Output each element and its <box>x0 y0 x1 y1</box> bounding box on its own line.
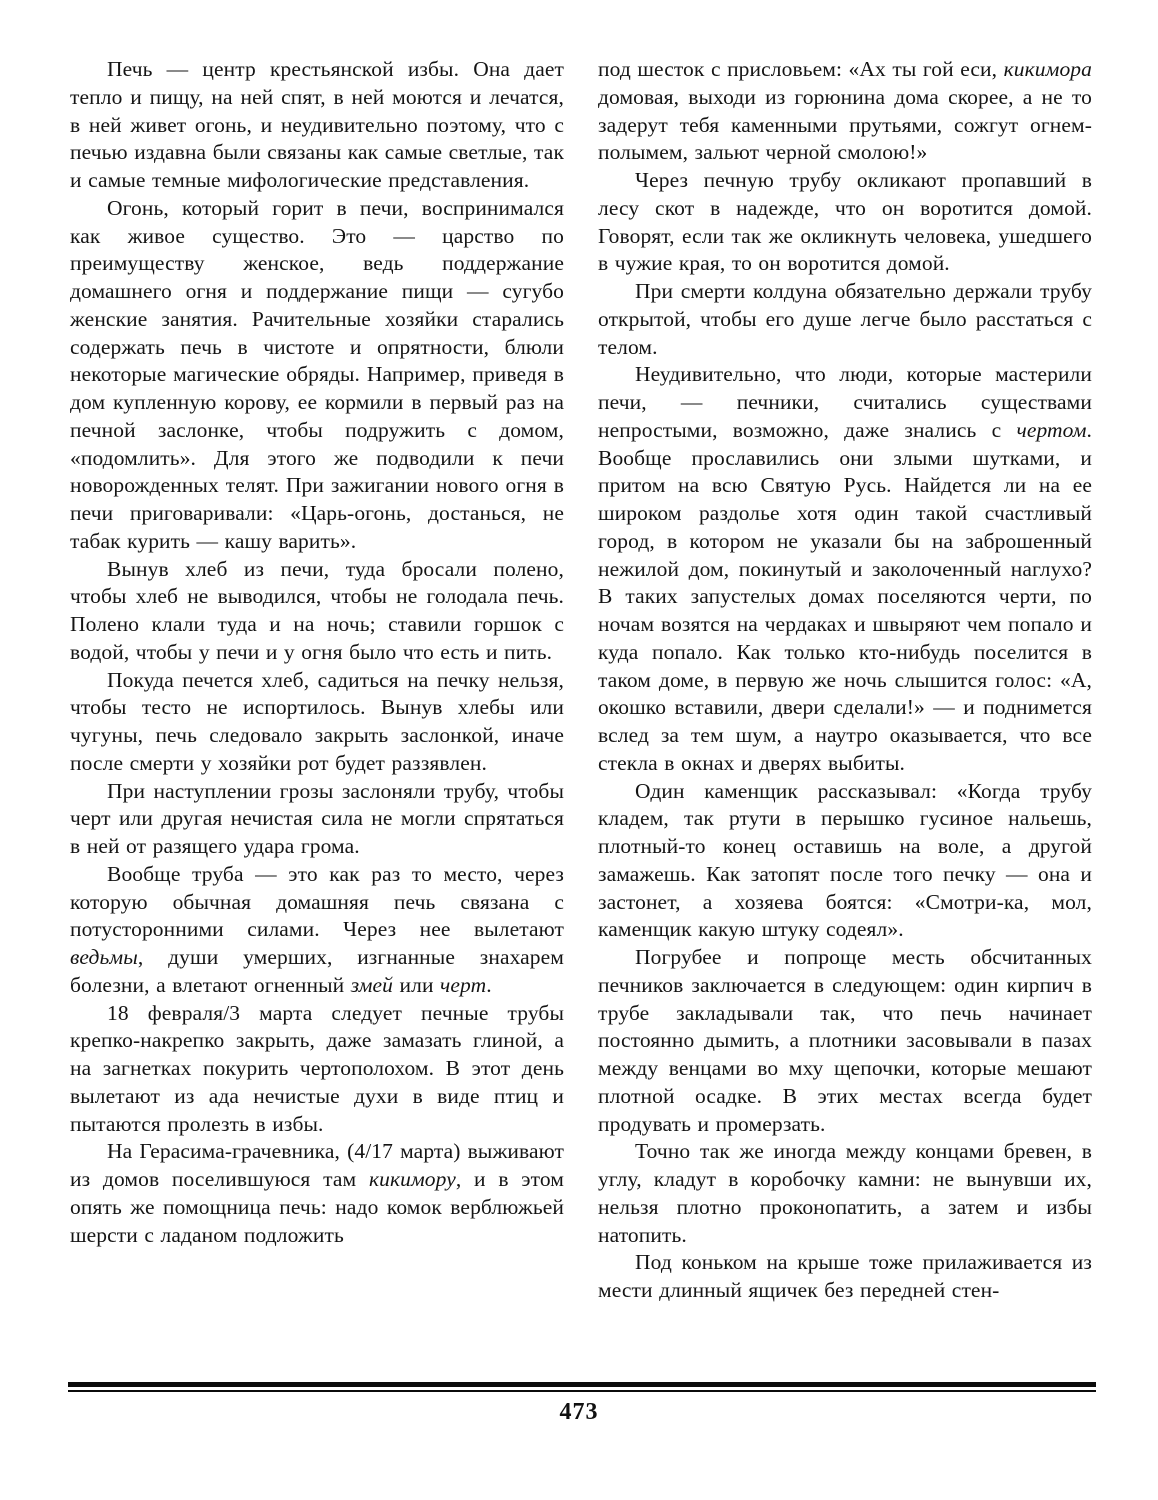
text-segment: . Вообще прославились они злыми шутками,… <box>598 418 1092 775</box>
paragraph: под шесток с присловьем: «Ах ты гой еси,… <box>598 56 1092 167</box>
text-segment: При наступлении грозы заслоняли трубу, ч… <box>70 779 564 859</box>
text-columns: Печь — центр крестьянской избы. Она дает… <box>70 56 1092 1305</box>
paragraph: 18 февраля/3 марта следует печные трубы … <box>70 1000 564 1139</box>
italic-term: черт <box>440 973 486 997</box>
paragraph: При наступлении грозы заслоняли трубу, ч… <box>70 778 564 861</box>
text-segment: 18 февраля/3 марта следует печные трубы … <box>70 1001 564 1136</box>
paragraph: Через печную трубу окликают пропавший в … <box>598 167 1092 278</box>
paragraph: Вообще труба — это как раз то место, чер… <box>70 861 564 1000</box>
italic-term: чертом <box>1016 418 1086 442</box>
text-segment: или <box>393 973 440 997</box>
text-segment: Погрубее и попроще месть обсчитанных печ… <box>598 945 1092 1136</box>
text-segment: Один каменщик рассказывал: «Когда трубу … <box>598 779 1092 942</box>
paragraph: Огонь, который горит в печи, воспринимал… <box>70 195 564 556</box>
text-segment: При смерти колдуна обязательно держали т… <box>598 279 1092 359</box>
text-segment: домовая, выходи из горюнина дома скорее,… <box>598 85 1092 165</box>
text-segment: Печь — центр крестьянской избы. Она дает… <box>70 57 564 192</box>
paragraph: Неудивительно, что люди, которые мастери… <box>598 361 1092 777</box>
text-segment: Огонь, который горит в печи, воспринимал… <box>70 196 564 553</box>
left-column: Печь — центр крестьянской избы. Она дает… <box>70 56 564 1305</box>
text-segment: . <box>486 973 491 997</box>
italic-term: кикимора <box>1004 57 1092 81</box>
right-column: под шесток с присловьем: «Ах ты гой еси,… <box>598 56 1092 1305</box>
paragraph: Под коньком на крыше тоже прилаживается … <box>598 1249 1092 1305</box>
paragraph: При смерти колдуна обязательно держали т… <box>598 278 1092 361</box>
italic-term: змей <box>351 973 393 997</box>
italic-term: ведьмы <box>70 945 138 969</box>
text-segment: Под коньком на крыше тоже прилаживается … <box>598 1250 1092 1302</box>
paragraph: На Герасима-грачевника, (4/17 марта) выж… <box>70 1138 564 1249</box>
text-segment: Через печную трубу окликают пропавший в … <box>598 168 1092 275</box>
text-segment: Покуда печется хлеб, садиться на печку н… <box>70 668 564 775</box>
text-segment: Вынув хлеб из печи, туда бросали полено,… <box>70 557 564 664</box>
text-segment: Вообще труба — это как раз то место, чер… <box>70 862 564 942</box>
paragraph: Печь — центр крестьянской избы. Она дает… <box>70 56 564 195</box>
paragraph: Погрубее и попроще месть обсчитанных печ… <box>598 944 1092 1138</box>
italic-term: кикимору <box>369 1167 456 1191</box>
paragraph: Точно так же иногда между концами бревен… <box>598 1138 1092 1249</box>
text-segment: Точно так же иногда между концами бревен… <box>598 1139 1092 1246</box>
page-number: 473 <box>0 1399 1158 1426</box>
paragraph: Покуда печется хлеб, садиться на печку н… <box>70 667 564 778</box>
footer-double-rule <box>68 1382 1096 1392</box>
book-page: Печь — центр крестьянской избы. Она дает… <box>0 0 1158 1500</box>
text-segment: под шесток с присловьем: «Ах ты гой еси, <box>598 57 1004 81</box>
paragraph: Вынув хлеб из печи, туда бросали полено,… <box>70 556 564 667</box>
paragraph: Один каменщик рассказывал: «Когда трубу … <box>598 778 1092 945</box>
